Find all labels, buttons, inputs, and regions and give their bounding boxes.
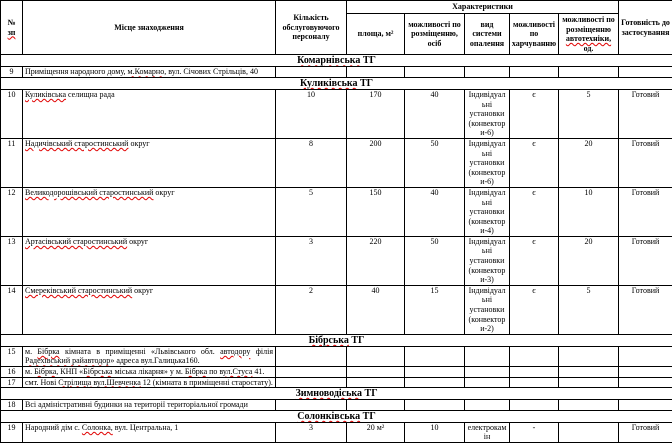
misspelled-word: Зимноводіська (295, 388, 362, 399)
misspelled-word: вул.Стуса (219, 367, 252, 376)
cell-num: 10 (1, 89, 23, 138)
cell-food: - (510, 422, 559, 442)
section-title: Куликівська ТГ (1, 77, 672, 89)
cell-location: Артасівський старостинський округ (23, 236, 276, 285)
cell-capacity: 40 (405, 89, 465, 138)
cell-staff (276, 346, 347, 366)
cell-num: 15 (1, 346, 23, 366)
cell-area: 220 (347, 236, 405, 285)
cell-location: смт. Нові Стрілища вул.Шевченка 12 (кімн… (23, 377, 276, 388)
num-header-line2: зп (2, 28, 21, 38)
cell-staff: 10 (276, 89, 347, 138)
cell-heating (465, 346, 510, 366)
cell-staff (276, 400, 347, 411)
col-header-num: № зп (1, 1, 23, 55)
cell-vehicles: 10 (559, 187, 619, 236)
misspelled-word: Бібрка (185, 367, 207, 376)
cell-staff: 3 (276, 422, 347, 442)
cell-vehicles (559, 67, 619, 78)
cell-readiness (619, 400, 672, 411)
cell-food (510, 367, 559, 378)
misspelled-word: Надичівський старостинський (25, 139, 128, 148)
cell-food (510, 346, 559, 366)
cell-heating: Індивідуальні установки (конвектори-6) (465, 138, 510, 187)
cell-staff: 2 (276, 285, 347, 334)
misspelled-word: Великодорошівський старостинський (25, 188, 153, 197)
cell-location: м. Бібрка кімната в приміщенні «Львівськ… (23, 346, 276, 366)
cell-area: 200 (347, 138, 405, 187)
table-row: 16м. Бібрка, КНП «Бібрська міська лікарн… (1, 367, 672, 378)
cell-num: 16 (1, 367, 23, 378)
cell-readiness: Готовий (619, 89, 672, 138)
misspelled-word: Куликівська (25, 90, 66, 99)
cell-capacity: 15 (405, 285, 465, 334)
cell-food (510, 67, 559, 78)
table-header: № зп Місце знаходження Кількість обслуго… (1, 1, 672, 55)
cell-heating: Індивідуальні установки (конвектори-3) (465, 236, 510, 285)
misspelled-word: Бібрська (309, 335, 349, 346)
cell-readiness: Готовий (619, 138, 672, 187)
cell-capacity (405, 346, 465, 366)
cell-location: Великодорошівський старостинський округ (23, 187, 276, 236)
misspelled-word: м.Комарно, (128, 67, 167, 76)
cell-num: 13 (1, 236, 23, 285)
table-row: 18Всі адміністративні будинки на територ… (1, 400, 672, 411)
col-header-heating: вид системи опалення (465, 14, 510, 55)
cell-readiness: Готовий (619, 285, 672, 334)
cell-heating (465, 400, 510, 411)
cell-readiness: Готовий (619, 236, 672, 285)
misspelled-word: Куликівська (300, 78, 358, 89)
cell-food (510, 400, 559, 411)
cell-location: Всі адміністративні будинки на території… (23, 400, 276, 411)
cell-heating: електрокамін (465, 422, 510, 442)
section-row: Солонківська ТГ (1, 410, 672, 422)
cell-heating: Індивідуальні установки (конвектори-6) (465, 89, 510, 138)
cell-area (347, 377, 405, 388)
misspelled-word: Бібрка (37, 347, 59, 356)
cell-staff: 8 (276, 138, 347, 187)
section-row: Бібрська ТГ (1, 334, 672, 346)
cell-num: 11 (1, 138, 23, 187)
section-title: Бібрська ТГ (1, 334, 672, 346)
cell-readiness (619, 346, 672, 366)
cell-location: Смереківський старостинський округ (23, 285, 276, 334)
cell-staff (276, 377, 347, 388)
section-row: Зимноводіська ТГ (1, 388, 672, 400)
cell-area (347, 346, 405, 366)
cell-capacity: 40 (405, 187, 465, 236)
cell-vehicles: 5 (559, 89, 619, 138)
misspelled-word: автодору (220, 347, 250, 356)
section-row: Комарнівська ТГ (1, 55, 672, 67)
cell-area: 20 м² (347, 422, 405, 442)
col-header-characteristics: Характеристики (347, 1, 619, 14)
cell-area (347, 67, 405, 78)
table-row: 13Артасівський старостинський округ32205… (1, 236, 672, 285)
section-title: Комарнівська ТГ (1, 55, 672, 67)
cell-capacity: 50 (405, 138, 465, 187)
cell-readiness (619, 67, 672, 78)
table-row: 11Надичівський старостинський округ82005… (1, 138, 672, 187)
table-row: 19Народний дім с. Солонка, вул. Централь… (1, 422, 672, 442)
table-row: 9Приміщення народного дому, м.Комарно, в… (1, 67, 672, 78)
cell-location: м. Бібрка, КНП «Бібрська міська лікарня»… (23, 367, 276, 378)
col-header-staff: Кількість обслуговуючого персоналу (276, 1, 347, 55)
misspelled-word: Бібрка, (34, 367, 58, 376)
section-label: Солонківська ТГ (297, 411, 375, 423)
cell-capacity: 10 (405, 422, 465, 442)
cell-heating (465, 377, 510, 388)
cell-vehicles: 20 (559, 236, 619, 285)
cell-vehicles (559, 377, 619, 388)
table-row: 10Куликівська селищна рада1017040Індивід… (1, 89, 672, 138)
cell-capacity (405, 377, 465, 388)
cell-heating (465, 67, 510, 78)
col-header-area: площа, м² (347, 14, 405, 55)
col-header-capacity: можливості по розміщенню, осіб (405, 14, 465, 55)
misspelled-word: вул.Шевченка (93, 378, 140, 387)
misspelled-word: зп (8, 28, 16, 37)
shelter-readiness-table: № зп Місце знаходження Кількість обслуго… (0, 0, 672, 443)
cell-readiness (619, 377, 672, 388)
cell-food (510, 377, 559, 388)
cell-heating: Індивідуальні установки (конвектори-2) (465, 285, 510, 334)
num-header-line1: № (2, 18, 21, 28)
cell-num: 18 (1, 400, 23, 411)
cell-food: є (510, 89, 559, 138)
section-label: Зимноводіська ТГ (295, 388, 377, 400)
cell-location: Надичівський старостинський округ (23, 138, 276, 187)
col-header-vehicles: можливості по розміщенню автотехніки, од… (559, 14, 619, 55)
cell-staff (276, 367, 347, 378)
misspelled-word: Бібрська (83, 367, 112, 376)
col-header-food: можливості по харчуванню (510, 14, 559, 55)
cell-readiness (619, 367, 672, 378)
cell-vehicles (559, 400, 619, 411)
cell-location: Куликівська селищна рада (23, 89, 276, 138)
section-title: Зимноводіська ТГ (1, 388, 672, 400)
col-header-readiness: Готовність до застосування (619, 1, 672, 55)
misspelled-word: Радехівський райавтодор (25, 356, 110, 365)
cell-capacity (405, 67, 465, 78)
cell-heating (465, 367, 510, 378)
cell-vehicles: 20 (559, 138, 619, 187)
cell-area: 170 (347, 89, 405, 138)
cell-location: Народний дім с. Солонка, вул. Центральна… (23, 422, 276, 442)
cell-area (347, 367, 405, 378)
cell-food: є (510, 187, 559, 236)
cell-staff: 3 (276, 236, 347, 285)
table-row: 15м. Бібрка кімната в приміщенні «Львівс… (1, 346, 672, 366)
table-row: 17смт. Нові Стрілища вул.Шевченка 12 (кі… (1, 377, 672, 388)
cell-food: є (510, 285, 559, 334)
cell-capacity (405, 367, 465, 378)
cell-num: 9 (1, 67, 23, 78)
misspelled-word: Комарнівська (297, 55, 360, 66)
misspelled-word: Артасівський старостинський (25, 237, 127, 246)
cell-area: 150 (347, 187, 405, 236)
cell-food: є (510, 138, 559, 187)
section-label: Комарнівська ТГ (297, 55, 376, 67)
cell-readiness: Готовий (619, 422, 672, 442)
cell-area (347, 400, 405, 411)
cell-num: 17 (1, 377, 23, 388)
cell-staff (276, 67, 347, 78)
table-row: 12Великодорошівський старостинський окру… (1, 187, 672, 236)
cell-vehicles (559, 367, 619, 378)
section-title: Солонківська ТГ (1, 410, 672, 422)
section-row: Куликівська ТГ (1, 77, 672, 89)
cell-num: 19 (1, 422, 23, 442)
cell-capacity: 50 (405, 236, 465, 285)
cell-readiness: Готовий (619, 187, 672, 236)
cell-staff: 5 (276, 187, 347, 236)
cell-vehicles (559, 422, 619, 442)
cell-vehicles: 5 (559, 285, 619, 334)
cell-location: Приміщення народного дому, м.Комарно, ву… (23, 67, 276, 78)
cell-num: 14 (1, 285, 23, 334)
table-row: 14Смереківський старостинський округ2401… (1, 285, 672, 334)
cell-capacity (405, 400, 465, 411)
cell-heating: Індивідуальні установки (конвектори-4) (465, 187, 510, 236)
cell-food: є (510, 236, 559, 285)
misspelled-word: Солонківська (297, 411, 360, 422)
misspelled-word: автотехніки, (566, 34, 611, 43)
misspelled-word: Стрілища (58, 378, 91, 387)
cell-area: 40 (347, 285, 405, 334)
col-header-location: Місце знаходження (23, 1, 276, 55)
section-label: Бібрська ТГ (309, 335, 365, 347)
section-label: Куликівська ТГ (300, 78, 373, 90)
cell-vehicles (559, 346, 619, 366)
misspelled-word: Солонка, (82, 423, 113, 432)
table-body: Комарнівська ТГ9Приміщення народного дом… (1, 55, 672, 443)
cell-num: 12 (1, 187, 23, 236)
misspelled-word: Смереківський старостинський (25, 286, 132, 295)
